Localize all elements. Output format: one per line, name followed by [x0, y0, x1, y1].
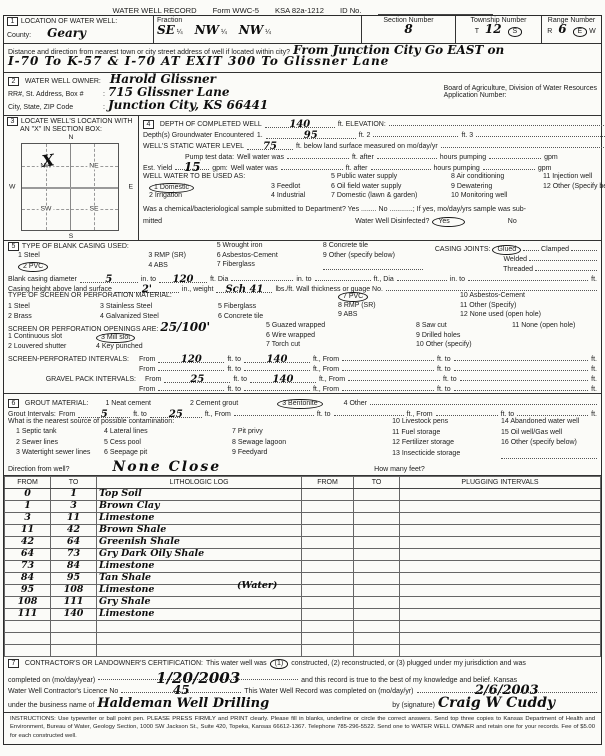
used-as-options-4: 8 Air conditioning9 Dewatering10 Monitor… [451, 173, 543, 202]
grout-opt-2: 2 Cement grout [190, 400, 238, 407]
option-item: 3 RMP (SR) [148, 252, 216, 262]
section1-title: LOCATION OF WATER WELL: [21, 18, 117, 25]
gw-3-blank [476, 128, 605, 137]
ft-label: ft. [591, 411, 597, 418]
ft-label: ft. [591, 376, 597, 383]
plug-to-cell [354, 608, 400, 620]
used-as-col0: WELL WATER TO BE USED AS: 1 Domestic2 Ir… [143, 173, 271, 202]
openings-options-5: 11 None (open hole) [512, 322, 597, 352]
gpm-colon-label: gpm: [212, 165, 228, 172]
completed-on-label: completed on (mo/day/year) [8, 677, 95, 684]
log-header-to: TO [51, 476, 97, 488]
contamination-options-1: 1 Septic tank2 Sewer lines3 Watertight s… [16, 428, 104, 460]
plug-desc-cell [400, 632, 601, 644]
in-to-label: in. to [296, 276, 311, 283]
option-item: 7 Pit privy [232, 428, 392, 439]
used-as-col1: 3 Feedlot4 Industrial [271, 173, 331, 202]
spi-to4-blank [454, 362, 589, 371]
water-note: (Water) [237, 582, 277, 591]
center-line-horizontal [22, 187, 118, 189]
option-item: 8 Saw cut [416, 322, 512, 332]
log-to-cell: 3 [51, 500, 97, 512]
section-box: NW NE SW SE X [21, 143, 119, 231]
ft-to-label: ft. to [501, 411, 515, 418]
log-header-to2: TO [354, 476, 400, 488]
used-as-options-1: 1 Domestic2 Irrigation [149, 183, 271, 202]
option-item: 8 Air conditioning [451, 173, 543, 183]
log-header-from: FROM [5, 476, 51, 488]
plug-from-cell [302, 632, 354, 644]
plug-desc-cell [400, 524, 601, 536]
log-to-cell: 108 [51, 584, 97, 596]
chem-sample-line2: mitted [143, 218, 162, 225]
option-item: 12 Fertilizer storage [392, 439, 501, 450]
diameter-label: Blank casing diameter [8, 276, 77, 283]
plug-to-cell [354, 596, 400, 608]
cert-line1b: constructed, (2) reconstructed, or (3) p… [291, 660, 526, 667]
used-as-options-3: 5 Public water supply6 Oil field water s… [331, 173, 451, 202]
pump-after-label: ft. after [352, 154, 374, 161]
gw-1: 1. [257, 132, 263, 139]
yield-hours-blank [371, 161, 431, 170]
from-label: From [139, 386, 155, 393]
log-to-cell: 64 [51, 536, 97, 548]
pump-ft-blank [287, 150, 349, 159]
openings-options-1: 1 Continuous slot2 Louvered shutter [8, 333, 96, 352]
pump-hours-label: hours pumping [440, 154, 486, 161]
casing-options-4: 8 Concrete tile9 Other (specify below) [323, 242, 435, 261]
plug-from-cell [302, 488, 354, 500]
gpi-from-value: 25 [190, 374, 204, 385]
contamination-options-4: 10 Livestock pens11 Fuel storage12 Ferti… [392, 418, 501, 461]
plug-to-cell [354, 560, 400, 572]
option-item: 11 Injection well [543, 173, 605, 183]
from-label: From [139, 356, 155, 363]
section6-grout: 6 GROUT MATERIAL: 1 Neat cement 2 Cement… [4, 394, 601, 476]
log-to-cell: 42 [51, 524, 97, 536]
screen-title: TYPE OF SCREEN OR PERFORATION MATERIAL: [8, 292, 338, 303]
casing-col0: 5TYPE OF BLANK CASING USED: 1 Steel2 PVC [8, 242, 148, 272]
section7-certification: 7 CONTRACTOR'S OR LANDOWNER'S CERTIFICAT… [4, 657, 601, 713]
plug-from-cell [302, 500, 354, 512]
licence-label: Water Well Contractor's Licence No [8, 688, 118, 695]
township-t: T [475, 28, 479, 35]
section-number-value: 8 [404, 22, 412, 36]
plug-from-cell [302, 572, 354, 584]
plug-from-cell [302, 536, 354, 548]
section3-4-row: 3LOCATE WELL'S LOCATION WITH AN "X" IN S… [4, 116, 601, 241]
est-yield-value: 15 [184, 160, 201, 174]
range-e-circled: E [573, 27, 588, 37]
threaded-blank [535, 262, 597, 271]
option-item: 11 None (open hole) [512, 322, 597, 332]
static-after-label: ft. below land surface measured on mo/da… [296, 143, 438, 150]
grout-from3-blank [436, 407, 498, 416]
ft-to-label: ft. to [317, 411, 331, 418]
plug-desc-cell [400, 548, 601, 560]
spi-to-value: 140 [267, 354, 288, 365]
section7-number: 7 [8, 659, 19, 668]
plug-from-cell [302, 548, 354, 560]
owner-title: WATER WELL OWNER: [25, 78, 101, 85]
option-item: 3 Feedlot [271, 183, 331, 193]
option-item: 10 Livestock pens [392, 418, 501, 429]
log-from-cell: 111 [5, 608, 51, 620]
grout-to3-blank [517, 407, 588, 416]
option-item: 5 Public water supply [331, 173, 451, 183]
option-item: 15 Oil well/Gas well [501, 429, 597, 440]
form-body: 1LOCATION OF WATER WELL: County: Geary F… [3, 15, 602, 745]
option-item: 10 Other (specify) [416, 341, 512, 351]
log-from-cell [5, 620, 51, 632]
static-level-value: 75 [263, 141, 277, 152]
county-label: County: [7, 32, 31, 39]
water-well-record-form: WATER WELL RECORD Form WWC-5 KSA 82a-121… [0, 0, 605, 756]
option-item: 1 Steel [18, 252, 148, 262]
glued-blank [523, 242, 539, 251]
option-item: 5 Wrought iron [217, 242, 323, 252]
section4-depth: 4 DEPTH OF COMPLETED WELL 140 ft. ELEVAT… [139, 116, 605, 240]
compass-e: E [128, 184, 133, 191]
option-item: 8 Concrete tile [323, 242, 435, 252]
log-row [5, 632, 601, 644]
record-date-value: 2/6/2003 [475, 683, 539, 698]
ft-to-label: ft. to [227, 366, 241, 373]
form-title: WATER WELL RECORD [112, 6, 196, 15]
option-item: 7 PVC [338, 292, 460, 302]
ft-to-label: ft. to [227, 386, 241, 393]
ft-dia-label: ft. Dia [210, 276, 228, 283]
log-from-cell: 73 [5, 560, 51, 572]
log-desc-cell: Limestone [97, 512, 302, 524]
log-from-cell: 0 [5, 488, 51, 500]
section2-number: 2 [8, 77, 19, 86]
fraction-1: SE [157, 23, 175, 37]
plug-from-cell [302, 524, 354, 536]
elevation-label: ft. ELEVATION: [338, 121, 386, 128]
ft-from-label: ft., From [407, 411, 433, 418]
casing-joints-block: CASING JOINTS: Glued Clamped Welded Thre… [435, 242, 597, 272]
plug-from-cell [302, 596, 354, 608]
log-to-cell: 11 [51, 512, 97, 524]
range-cell: Range Number R 6 E W [542, 16, 601, 43]
ft-from-label: ft., From [313, 366, 339, 373]
log-row: 4264Greenish Shale [5, 536, 601, 548]
log-desc-cell [97, 632, 302, 644]
log-to-cell [51, 620, 97, 632]
ft-label: ft. [591, 386, 597, 393]
plug-to-cell [354, 500, 400, 512]
option-item: 4 ABS [148, 262, 216, 272]
option-item: 9 Drilled holes [416, 332, 512, 342]
static-date-blank [441, 139, 605, 148]
option-item: 8 Sewage lagoon [232, 439, 392, 450]
contamination-label: What is the nearest source of possible c… [8, 418, 392, 428]
depth-label: DEPTH OF COMPLETED WELL [160, 121, 262, 128]
option-item: 6 Oil field water supply [331, 183, 451, 193]
groundwater-label: Depth(s) Groundwater Encountered [143, 132, 254, 139]
form-title-bar: WATER WELL RECORD Form WWC-5 KSA 82a-121… [3, 2, 602, 15]
log-to-cell [51, 644, 97, 656]
log-from-cell: 95 [5, 584, 51, 596]
plug-from-cell [302, 620, 354, 632]
address-label: RR#, St. Address, Box # [8, 91, 100, 98]
log-row: 6473Gry Dark Oily Shale [5, 548, 601, 560]
plug-desc-cell [400, 536, 601, 548]
dia2-to-blank [315, 272, 371, 281]
casing-col3: 8 Concrete tile9 Other (specify below) [323, 242, 435, 272]
completed-date-value: 1/20/2003 [156, 669, 240, 687]
option-item: 6 Seepage pit [104, 449, 232, 460]
plug-from-cell [302, 512, 354, 524]
option-item: 9 ABS [338, 311, 460, 321]
groundwater-1-value: 95 [304, 130, 318, 141]
option-item: 14 Abandoned water well [501, 418, 597, 429]
log-row: 111140Limestone [5, 608, 601, 620]
option-item: 11 Fuel storage [392, 429, 501, 440]
contamination-grid: What is the nearest source of possible c… [4, 418, 601, 461]
dia3-to-blank [468, 272, 588, 281]
option-item: 9 Dewatering [451, 183, 543, 193]
plug-desc-cell [400, 512, 601, 524]
quadrant-sw: SW [39, 205, 54, 212]
yield-ft-blank [281, 161, 343, 170]
log-header-row: FROM TO LITHOLOGIC LOG FROM TO PLUGGING … [5, 476, 601, 488]
option-item: 5 Fiberglass [218, 303, 338, 313]
plug-to-cell [354, 572, 400, 584]
option-item: 2 Sewer lines [16, 439, 104, 450]
from-label: From [59, 411, 75, 418]
quadrant-se: SE [87, 205, 100, 212]
plug-desc-cell [400, 560, 601, 572]
agency-name: Board of Agriculture, Division of Water … [444, 85, 597, 92]
log-row: 1142Brown Shale [5, 524, 601, 536]
spi-from-value: 120 [181, 354, 202, 365]
grout-from-value: 5 [101, 409, 108, 420]
log-desc-cell [97, 644, 302, 656]
log-from-cell: 42 [5, 536, 51, 548]
log-from-cell: 3 [5, 512, 51, 524]
log-header-plugging: PLUGGING INTERVALS [400, 476, 601, 488]
log-row: 7384Limestone [5, 560, 601, 572]
id-no-label: ID No. [340, 6, 362, 15]
log-header-lithologic: LITHOLOGIC LOG [97, 476, 302, 488]
city-value: Junction City, KS 66441 [108, 100, 268, 111]
constructed-1-circled: (1) [270, 659, 289, 669]
grout-opt-1: 1 Neat cement [105, 400, 151, 407]
plug-to-cell [354, 632, 400, 644]
section4-number: 4 [143, 120, 154, 129]
business-name-label: under the business name of [8, 702, 94, 709]
agency-block: Board of Agriculture, Division of Water … [444, 85, 597, 99]
option-item: 6 Asbestos-Cement [217, 252, 323, 262]
pump-www-label: Well water was [237, 154, 284, 161]
address-value: 715 Glissner Lane [108, 87, 230, 98]
plug-to-cell [354, 644, 400, 656]
compass-s: S [69, 233, 74, 240]
openings-options-2: 3 Mill slot4 Key punched [96, 333, 266, 352]
log-from-cell: 11 [5, 524, 51, 536]
depth-value: 140 [289, 119, 310, 130]
option-item: 10 Asbestos-Cement [460, 292, 597, 302]
grout-from2-blank [234, 407, 314, 416]
option-item: 2 PVC [18, 262, 148, 272]
how-many-feet-label: How many feet? [374, 466, 425, 473]
option-item: 1 Steel [8, 303, 100, 313]
certification-title: CONTRACTOR'S OR LANDOWNER'S CERTIFICATIO… [25, 660, 203, 667]
plug-desc-cell [400, 608, 601, 620]
signature-value: Craig W Cuddy [438, 697, 555, 710]
option-item: 12 None used (open hole) [460, 311, 597, 321]
log-desc-cell: Gry Shale [97, 596, 302, 608]
option-item: 1 Septic tank [16, 428, 104, 439]
option-item: 3 Watertight sewer lines [16, 449, 104, 460]
gpi-from4-blank [342, 382, 434, 391]
township-value: 12 [485, 22, 502, 36]
log-row: 8495Tan Shale [5, 572, 601, 584]
disinfected-no: No [508, 218, 517, 225]
option-item: 4 Lateral lines [104, 428, 232, 439]
screen-material-grid: TYPE OF SCREEN OR PERFORATION MATERIAL: … [4, 292, 601, 322]
spi-label: SCREEN-PERFORATED INTERVALS: [8, 356, 136, 363]
screen-options-1: 1 Steel2 Brass [8, 303, 100, 322]
section5-casing: 5TYPE OF BLANK CASING USED: 1 Steel2 PVC… [4, 241, 601, 394]
section3-title-line1: LOCATE WELL'S LOCATION WITH [21, 118, 133, 125]
log-from-cell: 108 [5, 596, 51, 608]
ft-label: ft. [591, 366, 597, 373]
plug-from-cell [302, 608, 354, 620]
compass-n: N [69, 134, 74, 141]
section3-title-line2: AN "X" IN SECTION BOX: [20, 126, 135, 133]
log-row [5, 644, 601, 656]
gpm-label: gpm [544, 154, 558, 161]
from-label: From [139, 366, 155, 373]
plug-to-cell [354, 512, 400, 524]
log-to-cell: 73 [51, 548, 97, 560]
plug-from-cell [302, 644, 354, 656]
log-desc-cell [97, 620, 302, 632]
disinfected-yes-circled: Yes [432, 217, 464, 227]
spi-from2-blank [342, 352, 434, 361]
log-row: 108111Gry Shale [5, 596, 601, 608]
gpi-to2-blank [460, 372, 589, 381]
yield-www-label: Well water was [231, 165, 278, 172]
plug-to-cell [354, 620, 400, 632]
ft-to-label: ft. to [133, 411, 147, 418]
option-item: 2 Irrigation [149, 192, 271, 202]
quarter-mark: ¼ [221, 29, 227, 36]
log-desc-cell: Gry Dark Oily Shale [97, 548, 302, 560]
ft-to-label: ft. to [437, 386, 451, 393]
log-to-cell: 95 [51, 572, 97, 584]
gpi-to-value: 140 [273, 374, 294, 385]
section6-number: 6 [8, 399, 19, 408]
log-row: 95108Limestone(Water) [5, 584, 601, 596]
township-s-circled: S [508, 27, 523, 37]
option-item: 16 Other (specify below) [501, 439, 597, 450]
option-item: 1 Domestic [149, 183, 271, 193]
casing-options-1: 1 Steel2 PVC [18, 252, 148, 271]
id-no-blank [378, 6, 493, 15]
option-item: 6 Concrete tile [218, 313, 338, 323]
disinfected-label: Water Well Disinfected? [355, 218, 429, 225]
city-label: City, State, ZIP Code [8, 104, 100, 111]
openings-col-a: SCREEN OR PERFORATION OPENINGS ARE: 25/1… [8, 322, 266, 352]
screen-col-a: TYPE OF SCREEN OR PERFORATION MATERIAL: … [8, 292, 338, 322]
plug-to-cell [354, 488, 400, 500]
diameter-to-value: 120 [173, 274, 194, 285]
grout-to-value: 25 [169, 409, 183, 420]
grout-to2-blank [334, 407, 404, 416]
gw-2-blank [373, 128, 458, 137]
contamination-options-2: 4 Lateral lines5 Cess pool6 Seepage pit [104, 428, 232, 460]
screen-options-5: 10 Asbestos-Cement11 Other (Specify)12 N… [460, 292, 597, 322]
log-row [5, 620, 601, 632]
weight-value: Sch 41 [225, 284, 263, 295]
casing-grid: 5TYPE OF BLANK CASING USED: 1 Steel2 PVC… [4, 242, 601, 272]
chem-sample-line: Was a chemical/bacteriological sample su… [143, 206, 526, 213]
yield-hours-label: hours pumping [434, 165, 480, 172]
log-from-cell: 64 [5, 548, 51, 560]
spi-from4-blank [342, 362, 434, 371]
log-desc-cell: Limestone [97, 560, 302, 572]
quarter-mark: ¼ [177, 29, 183, 36]
contamination-left: What is the nearest source of possible c… [8, 418, 392, 461]
section-box-diagram: N S W E NW NE SW SE X [7, 135, 135, 239]
cert-line1a: This water well was [206, 660, 267, 667]
option-item: 10 Monitoring well [451, 192, 543, 202]
gpi-from2-blank [348, 372, 440, 381]
option-item: 3 Mill slot [96, 333, 266, 343]
log-desc-cell: Brown Shale [97, 524, 302, 536]
contamination-options-5: 14 Abandoned water well15 Oil well/Gas w… [501, 418, 597, 450]
option-item: 3 Stainless Steel [100, 303, 218, 313]
grout-intervals-label: Grout Intervals: [8, 411, 56, 418]
ft-to-label: ft. to [437, 356, 451, 363]
pump-gpm-blank [489, 150, 541, 159]
in-to-label: in. to [141, 276, 156, 283]
openings-label: SCREEN OR PERFORATION OPENINGS ARE: [8, 326, 158, 333]
log-desc-cell: Limestone [97, 608, 302, 620]
gpi-to4-blank [454, 382, 589, 391]
grout-other-blank [370, 396, 597, 405]
casing-col1: 3 RMP (SR)4 ABS [148, 242, 216, 272]
log-desc-cell: Greenish Shale [97, 536, 302, 548]
log-to-cell: 1 [51, 488, 97, 500]
well-x-mark: X [41, 153, 55, 169]
contamination-other-blank [501, 450, 597, 459]
lithologic-log-table: FROM TO LITHOLOGIC LOG FROM TO PLUGGING … [4, 476, 601, 657]
log-row: 01Top Soil [5, 488, 601, 500]
section3-locate: 3LOCATE WELL'S LOCATION WITH AN "X" IN S… [4, 116, 139, 240]
casing-height-value: 2' [142, 284, 152, 295]
quarter-mark: ¼ [265, 29, 271, 36]
option-item: 4 Industrial [271, 192, 331, 202]
log-to-cell: 111 [51, 596, 97, 608]
statute: KSA 82a-1212 [275, 6, 324, 15]
business-name-value: Haldeman Well Drilling [97, 698, 269, 710]
distance-value-2: I-70 To K-57 & I-70 AT EXIT 300 To Gliss… [8, 54, 389, 68]
plug-to-cell [354, 536, 400, 548]
section-number-cell: Section Number 8 [362, 16, 456, 43]
plug-from-cell [302, 584, 354, 596]
section1-location-row: 1LOCATION OF WATER WELL: County: Geary F… [4, 16, 601, 44]
fraction-2: NW [195, 23, 219, 37]
pump-hours-blank [377, 150, 437, 159]
log-row: 13Brown Clay [5, 500, 601, 512]
plug-to-cell [354, 524, 400, 536]
welded-blank [529, 252, 597, 261]
